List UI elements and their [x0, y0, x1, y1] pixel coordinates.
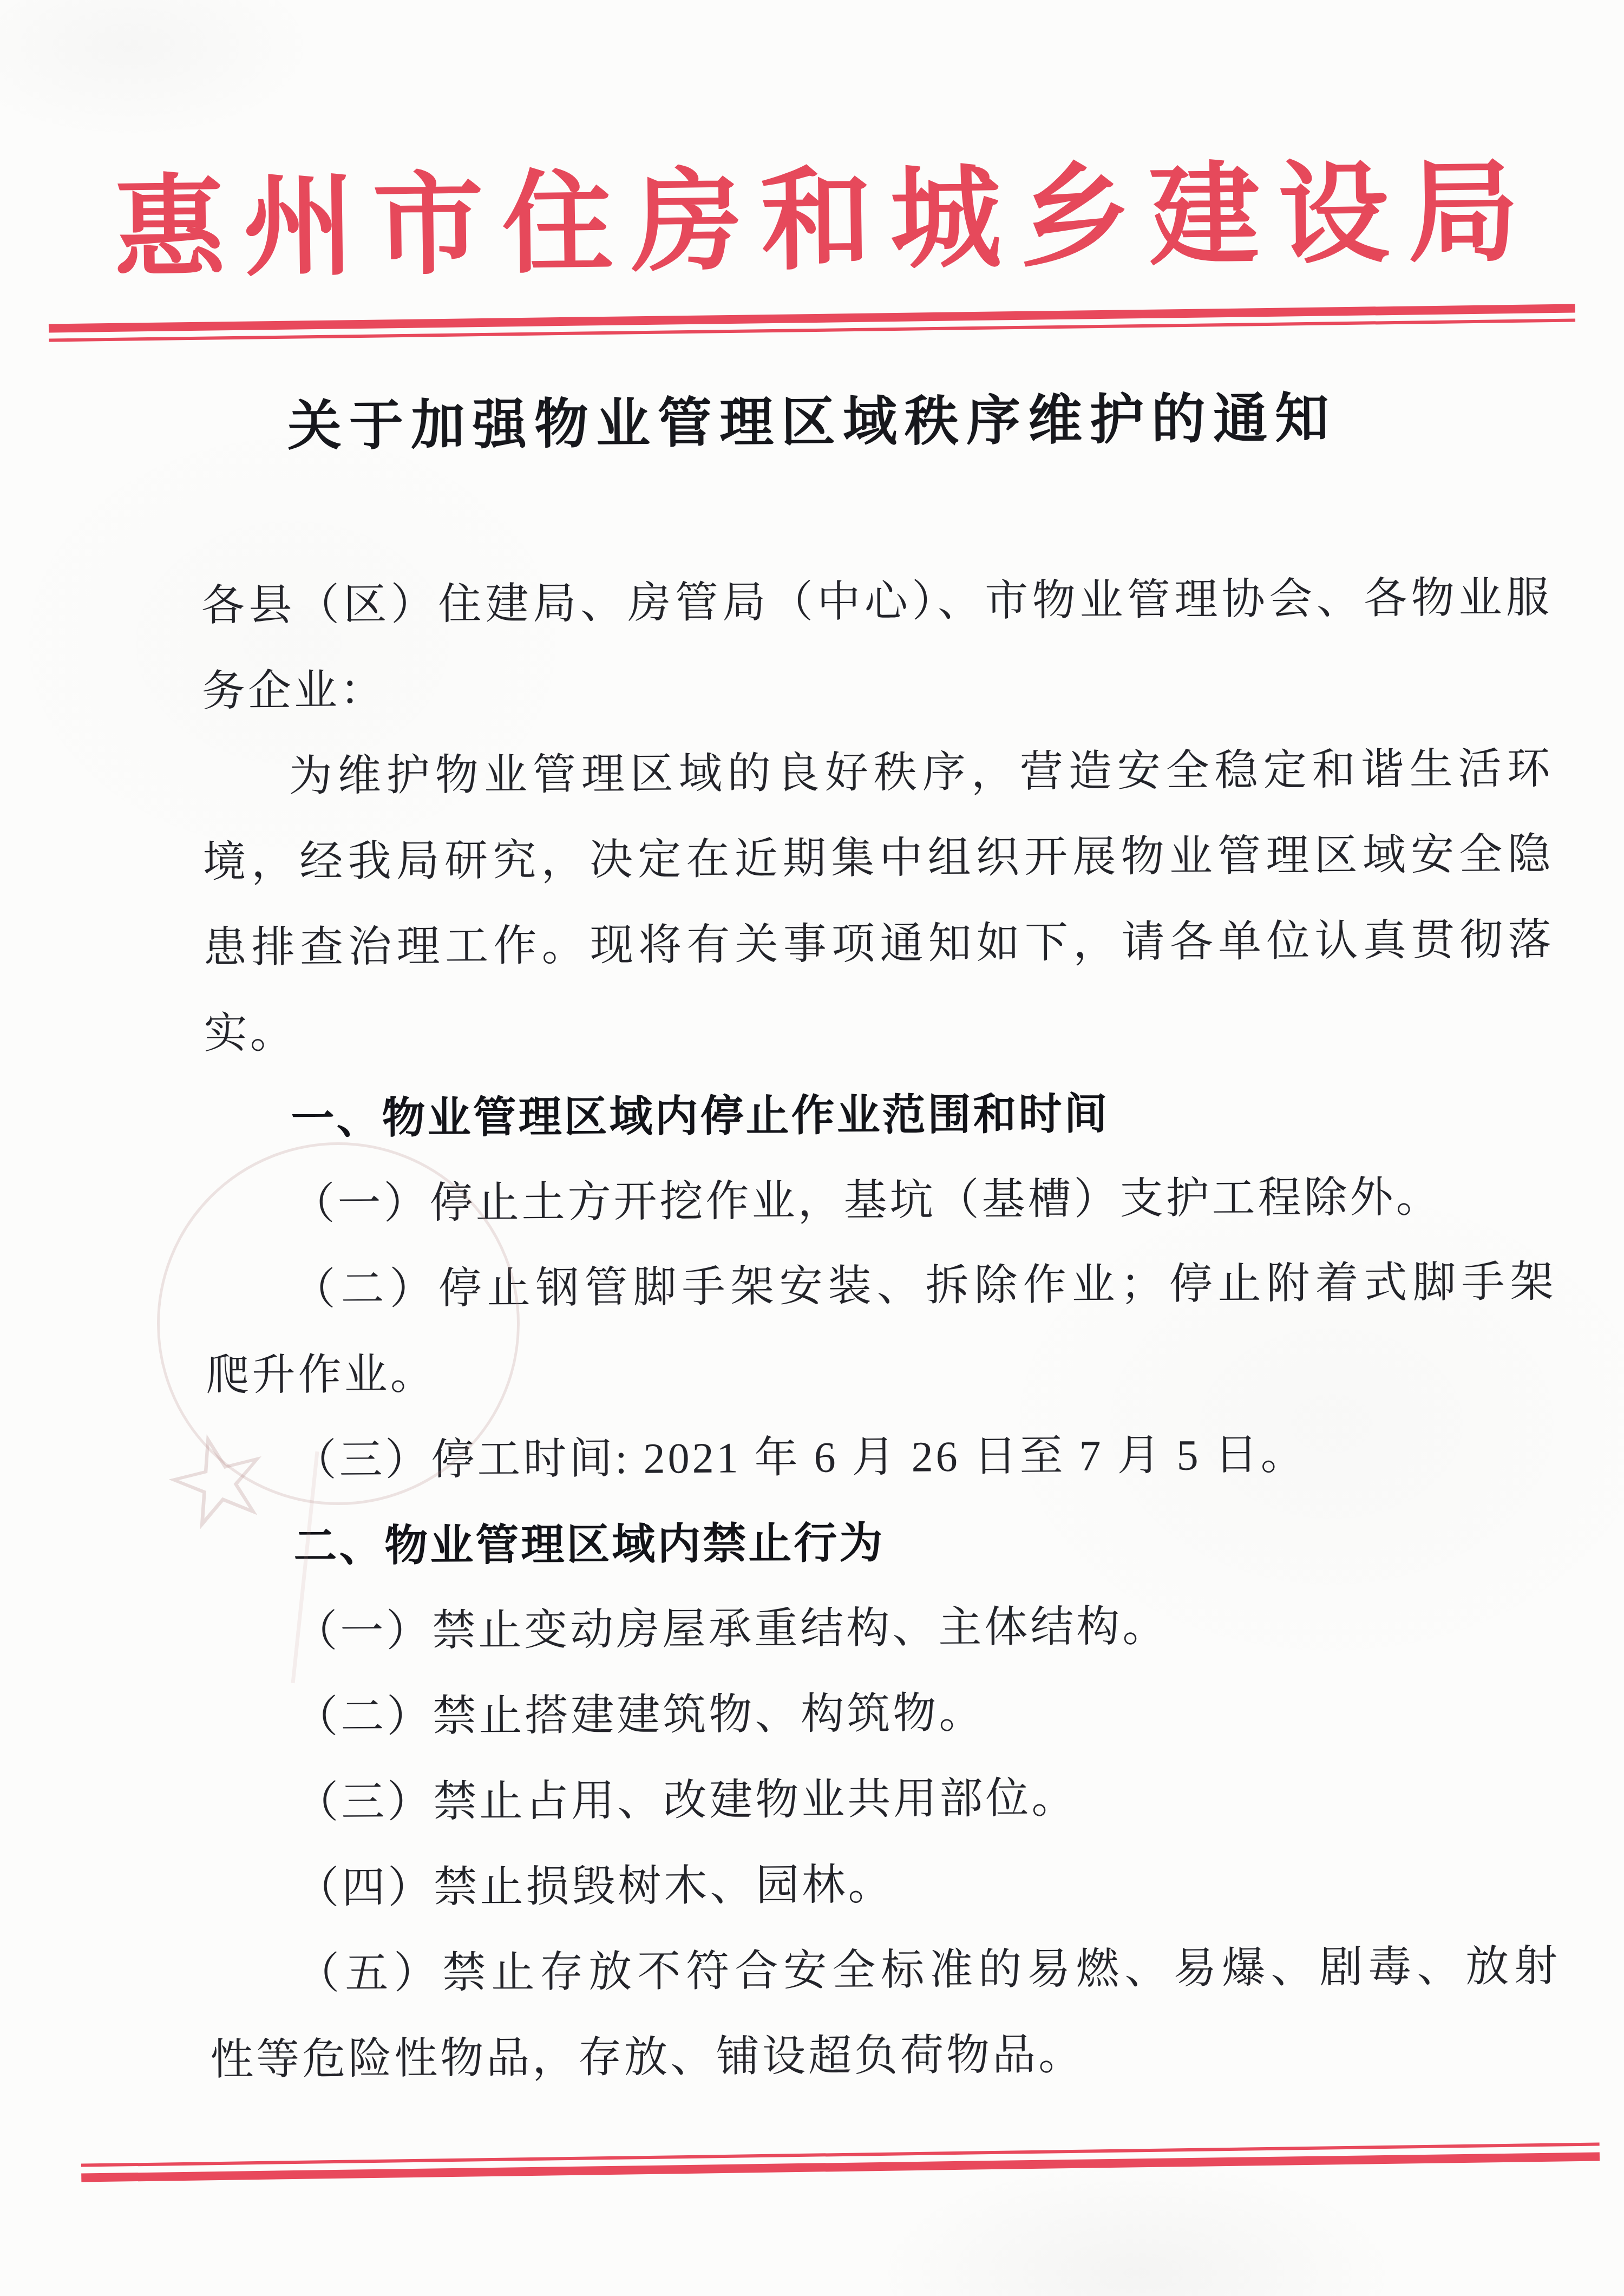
- document-body: 各县（区）住建局、房管局（中心）、市物业管理协会、各物业服务企业：为维护物业管理…: [201, 555, 1558, 2103]
- body-line: 爬升作业。: [206, 1325, 1554, 1418]
- body-line: （一）禁止变动房屋承重结构、主体结构。: [207, 1581, 1556, 1675]
- body-line: （一）停止土方开挖作业，基坑（基槽）支护工程除外。: [205, 1154, 1553, 1247]
- section-heading: 二、物业管理区域内禁止行为: [207, 1496, 1555, 1589]
- section-heading: 一、物业管理区域内停止作业范围和时间: [204, 1068, 1553, 1162]
- body-line: 各县（区）住建局、房管局（中心）、市物业管理协会、各物业服: [201, 555, 1549, 649]
- document-title: 关于加强物业管理区域秩序维护的通知: [0, 380, 1624, 466]
- agency-letterhead-title: 惠州市住房和城乡建设局: [13, 149, 1624, 294]
- body-line: （五）禁止存放不符合安全标准的易燃、易爆、剧毒、放射: [209, 1924, 1558, 2017]
- letterhead-separator: [49, 304, 1575, 342]
- body-line: （二）禁止搭建建筑物、构筑物。: [208, 1667, 1556, 1761]
- body-line: （二）停止钢管脚手架安装、拆除作业；停止附着式脚手架: [205, 1239, 1554, 1333]
- scanned-document-page: 惠州市住房和城乡建设局 关于加强物业管理区域秩序维护的通知 各县（区）住建局、房…: [0, 0, 1624, 2296]
- body-line: 境，经我局研究，决定在近期集中组织开展物业管理区域安全隐: [202, 812, 1551, 905]
- body-line: （三）禁止占用、改建物业共用部位。: [208, 1752, 1557, 1846]
- body-line: 性等危险性物品，存放、铺设超负荷物品。: [210, 2009, 1558, 2103]
- body-line: （四）禁止损毁树木、园林。: [209, 1838, 1557, 1932]
- body-line: 患排查治理工作。现将有关事项通知如下，请各单位认真贯彻落: [203, 897, 1551, 991]
- body-line: 务企业：: [201, 640, 1550, 734]
- body-line: 实。: [204, 983, 1552, 1076]
- footer-separator: [81, 2142, 1600, 2182]
- body-line: 为维护物业管理区域的良好秩序，营造安全稳定和谐生活环: [202, 726, 1550, 820]
- body-line: （三）停工时间: 2021 年 6 月 26 日至 7 月 5 日。: [206, 1410, 1555, 1504]
